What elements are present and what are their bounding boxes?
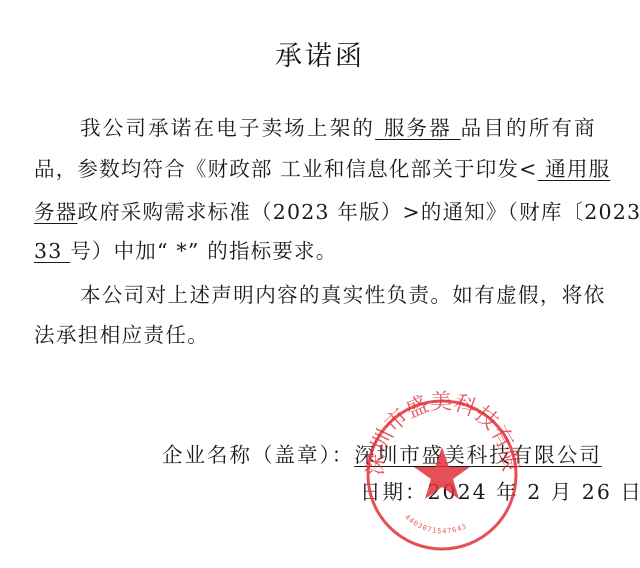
product-category: 服务器: [375, 116, 461, 140]
company-row: 企业名称（盖章）：深圳市盛美科技有限公司: [162, 443, 602, 467]
paragraph1-line2: 品，参数均符合《财政部 工业和信息化部关于印发< 通用服: [34, 157, 610, 181]
paragraph1-line4: 33 号）中加“ *” 的指标要求。: [34, 239, 337, 263]
date-label: 日期：: [360, 480, 428, 504]
paragraph2-line2: 法承担相应责任。: [34, 323, 209, 347]
company-label: 企业名称（盖章）：: [162, 443, 354, 467]
paragraph1-line1: 我公司承诺在电子卖场上架的 服务器 品目的所有商: [80, 116, 597, 140]
paragraph1-line3: 务器政府采购需求标准（2023 年版）>的通知》（财库〔2023〕: [34, 200, 640, 224]
standard-name-part2: 务器: [34, 200, 77, 224]
paragraph2-line1: 本公司对上述声明内容的真实性负责。如有虚假，将依: [80, 283, 606, 307]
text: 政府采购需求标准（2023 年版）>的通知》（财库〔2023〕: [77, 200, 640, 224]
company-name: 深圳市盛美科技有限公司: [354, 443, 602, 467]
document-number: 33: [34, 239, 70, 263]
text: 品，参数均符合《财政部 工业和信息化部关于印发<: [34, 157, 538, 181]
standard-name-part1: 通用服: [538, 157, 611, 181]
text: 品目的所有商: [461, 116, 597, 140]
date-row: 日期：2024 年 2 月 26 日: [360, 480, 640, 504]
company-seal-stamp: 深圳市盛美科技有限公司 4403071547643: [362, 385, 522, 555]
date-value: 2024 年 2 月 26 日: [428, 480, 640, 504]
text: 号）中加“ *” 的指标要求。: [70, 239, 337, 263]
text: 我公司承诺在电子卖场上架的: [80, 116, 375, 140]
document-title: 承诺函: [0, 34, 640, 73]
svg-text:4403071547643: 4403071547643: [403, 513, 468, 535]
